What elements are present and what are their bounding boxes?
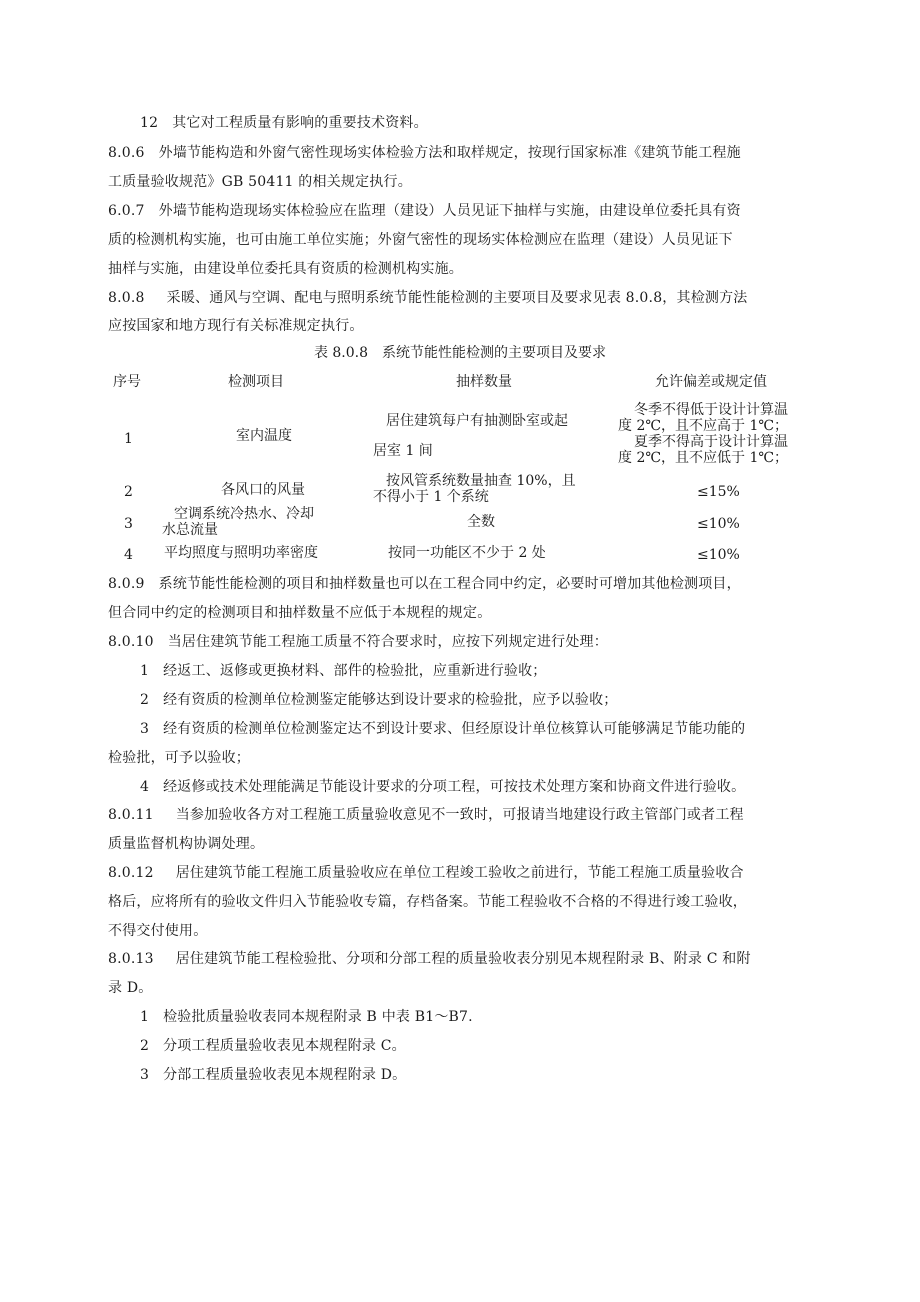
list-item: 3经有资质的检测单位检测鉴定达不到设计要求、但经原设计单位核算认可能够满足节能功… bbox=[140, 720, 745, 738]
clause-number: 8.0.6 bbox=[108, 145, 145, 161]
table-header-no: 序号 bbox=[113, 374, 141, 390]
clause-text-continued: 不得交付使用。 bbox=[108, 922, 207, 940]
list-item: 2经有资质的检测单位检测鉴定能够达到设计要求的检验批，应予以验收； bbox=[140, 691, 618, 709]
list-item: 1检验批质量验收表同本规程附录 B 中表 B1～B7. bbox=[140, 1008, 473, 1026]
clause-text-continued: 质的检测机构实施，也可由施工单位实施；外窗气密性的现场实体检测应在监理（建设）人… bbox=[108, 231, 733, 249]
clause-8-0-9: 8.0.9系统节能性能检测的项目和抽样数量也可以在工程合同中约定，必要时可增加其… bbox=[108, 575, 741, 593]
clause-text-continued: 工质量验收规范》GB 50411 的相关规定执行。 bbox=[108, 173, 412, 191]
clause-8-0-11: 8.0.11当参加验收各方对工程施工质量验收意见不一致时，可报请当地建设行政主管… bbox=[108, 806, 744, 824]
clause-text: 采暖、通风与空调、配电与照明系统节能性能检测的主要项目及要求见表 8.0.8，其… bbox=[167, 290, 748, 306]
list-item: 2分项工程质量验收表见本规程附录 C。 bbox=[140, 1037, 406, 1055]
row-value-line2: 度 2℃，且不应高于 1℃； bbox=[618, 418, 788, 434]
table-header-sample: 抽样数量 bbox=[456, 374, 512, 390]
clause-number: 8.0.11 bbox=[108, 807, 154, 823]
item-number: 1 bbox=[140, 1009, 149, 1025]
item-number: 3 bbox=[140, 721, 149, 737]
clause-text: 外墙节能构造现场实体检验应在监理（建设）人员见证下抽样与实施，由建设单位委托具有… bbox=[159, 203, 741, 219]
row-sample-line1: 按风管系统数量抽查 10%，且 bbox=[386, 473, 576, 489]
clause-8-0-10: 8.0.10当居住建筑节能工程施工质量不符合要求时，应按下列规定进行处理： bbox=[108, 633, 608, 651]
item-number: 3 bbox=[140, 1067, 149, 1083]
clause-number: 8.0.10 bbox=[108, 634, 154, 650]
item-number: 2 bbox=[140, 1038, 149, 1054]
clause-text-continued: 应按国家和地方现行有关标准规定执行。 bbox=[108, 317, 364, 335]
item-text: 检验批质量验收表同本规程附录 B 中表 B1～B7. bbox=[163, 1009, 473, 1025]
row-no: 4 bbox=[124, 547, 133, 563]
list-item: 3分部工程质量验收表见本规程附录 D。 bbox=[140, 1066, 406, 1084]
document-page: 12其它对工程质量有影响的重要技术资料。 8.0.6外墙节能构造和外窗气密性现场… bbox=[0, 0, 920, 1302]
row-item: 平均照度与照明功率密度 bbox=[164, 545, 318, 561]
row-no: 1 bbox=[124, 431, 133, 447]
row-value: ≤15% bbox=[697, 484, 740, 500]
clause-number: 8.0.12 bbox=[108, 865, 154, 881]
row-value-line1: 冬季不得低于设计计算温 bbox=[634, 402, 788, 418]
clause-text-continued: 但合同中约定的检测项目和抽样数量不应低于本规程的规定。 bbox=[108, 604, 491, 622]
clause-number: 8.0.13 bbox=[108, 951, 154, 967]
clause-8-0-13: 8.0.13居住建筑节能工程检验批、分项和分部工程的质量验收表分别见本规程附录 … bbox=[108, 950, 751, 968]
item-number: 4 bbox=[140, 779, 149, 795]
row-value: ≤10% bbox=[697, 516, 740, 532]
row-item-line2: 水总流量 bbox=[162, 522, 218, 538]
clause-text: 外墙节能构造和外窗气密性现场实体检验方法和取样规定，按现行国家标准《建筑节能工程… bbox=[159, 145, 741, 161]
clause-number: 8.0.8 bbox=[108, 290, 145, 306]
list-item: 12其它对工程质量有影响的重要技术资料。 bbox=[140, 114, 428, 132]
item-number: 1 bbox=[140, 663, 149, 679]
clause-8-0-6: 8.0.6外墙节能构造和外窗气密性现场实体检验方法和取样规定，按现行国家标准《建… bbox=[108, 144, 741, 162]
row-item: 各风口的风量 bbox=[221, 482, 305, 498]
row-value-line3: 夏季不得高于设计计算温 bbox=[634, 434, 788, 450]
row-value-line4: 度 2℃，且不应低于 1℃； bbox=[618, 450, 788, 466]
row-no: 3 bbox=[124, 516, 133, 532]
clause-number: 8.0.9 bbox=[108, 576, 145, 592]
row-sample: 全数 bbox=[467, 514, 495, 530]
clause-text: 居住建筑节能工程检验批、分项和分部工程的质量验收表分别见本规程附录 B、附录 C… bbox=[176, 951, 751, 967]
row-item: 室内温度 bbox=[236, 428, 292, 444]
clause-8-0-12: 8.0.12居住建筑节能工程施工质量验收应在单位工程竣工验收之前进行，节能工程施… bbox=[108, 864, 744, 882]
item-text: 经返工、返修或更换材料、部件的检验批，应重新进行验收； bbox=[163, 663, 546, 679]
row-sample-line2: 居室 1 间 bbox=[373, 443, 433, 459]
clause-8-0-8: 8.0.8采暖、通风与空调、配电与照明系统节能性能检测的主要项目及要求见表 8.… bbox=[108, 289, 748, 307]
clause-text-continued: 录 D。 bbox=[108, 979, 152, 997]
clause-text-continued: 质量监督机构协调处理。 bbox=[108, 835, 264, 853]
clause-text-continued: 格后，应将所有的验收文件归入节能验收专篇，存档备案。节能工程验收不合格的不得进行… bbox=[108, 893, 747, 911]
clause-text-continued: 抽样与实施，由建设单位委托具有资质的检测机构实施。 bbox=[108, 260, 463, 278]
list-item: 1经返工、返修或更换材料、部件的检验批，应重新进行验收； bbox=[140, 662, 547, 680]
clause-text: 当参加验收各方对工程施工质量验收意见不一致时，可报请当地建设行政主管部门或者工程 bbox=[176, 807, 744, 823]
table-header-value: 允许偏差或规定值 bbox=[655, 374, 767, 390]
item-text: 经有资质的检测单位检测鉴定能够达到设计要求的检验批，应予以验收； bbox=[163, 692, 617, 708]
item-text: 分项工程质量验收表见本规程附录 C。 bbox=[163, 1038, 406, 1054]
row-sample: 按同一功能区不少于 2 处 bbox=[388, 545, 546, 561]
row-sample-line1: 居住建筑每户有抽测卧室或起 bbox=[386, 413, 568, 429]
table-caption: 表 8.0.8 系统节能性能检测的主要项目及要求 bbox=[0, 344, 920, 362]
row-value: ≤10% bbox=[697, 547, 740, 563]
list-item-continued: 检验批，可予以验收； bbox=[108, 749, 250, 767]
item-number: 2 bbox=[140, 692, 149, 708]
table-header-item: 检测项目 bbox=[228, 374, 284, 390]
item-text: 经返修或技术处理能满足节能设计要求的分项工程，可按技术处理方案和协商文件进行验收… bbox=[163, 779, 745, 795]
list-item: 4经返修或技术处理能满足节能设计要求的分项工程，可按技术处理方案和协商文件进行验… bbox=[140, 778, 745, 796]
item-text: 其它对工程质量有影响的重要技术资料。 bbox=[172, 115, 428, 131]
item-number: 12 bbox=[140, 115, 158, 131]
item-text: 经有资质的检测单位检测鉴定达不到设计要求、但经原设计单位核算认可能够满足节能功能… bbox=[163, 721, 745, 737]
clause-number: 6.0.7 bbox=[108, 203, 145, 219]
clause-text: 当居住建筑节能工程施工质量不符合要求时，应按下列规定进行处理： bbox=[168, 634, 608, 650]
clause-6-0-7: 6.0.7外墙节能构造现场实体检验应在监理（建设）人员见证下抽样与实施，由建设单… bbox=[108, 202, 741, 220]
clause-text: 居住建筑节能工程施工质量验收应在单位工程竣工验收之前进行，节能工程施工质量验收合 bbox=[176, 865, 744, 881]
clause-text: 系统节能性能检测的项目和抽样数量也可以在工程合同中约定，必要时可增加其他检测项目… bbox=[159, 576, 741, 592]
item-text: 分部工程质量验收表见本规程附录 D。 bbox=[163, 1067, 406, 1083]
row-sample-line2: 不得小于 1 个系统 bbox=[373, 489, 489, 505]
row-no: 2 bbox=[124, 484, 133, 500]
row-item-line1: 空调系统冷热水、冷却 bbox=[174, 506, 314, 522]
